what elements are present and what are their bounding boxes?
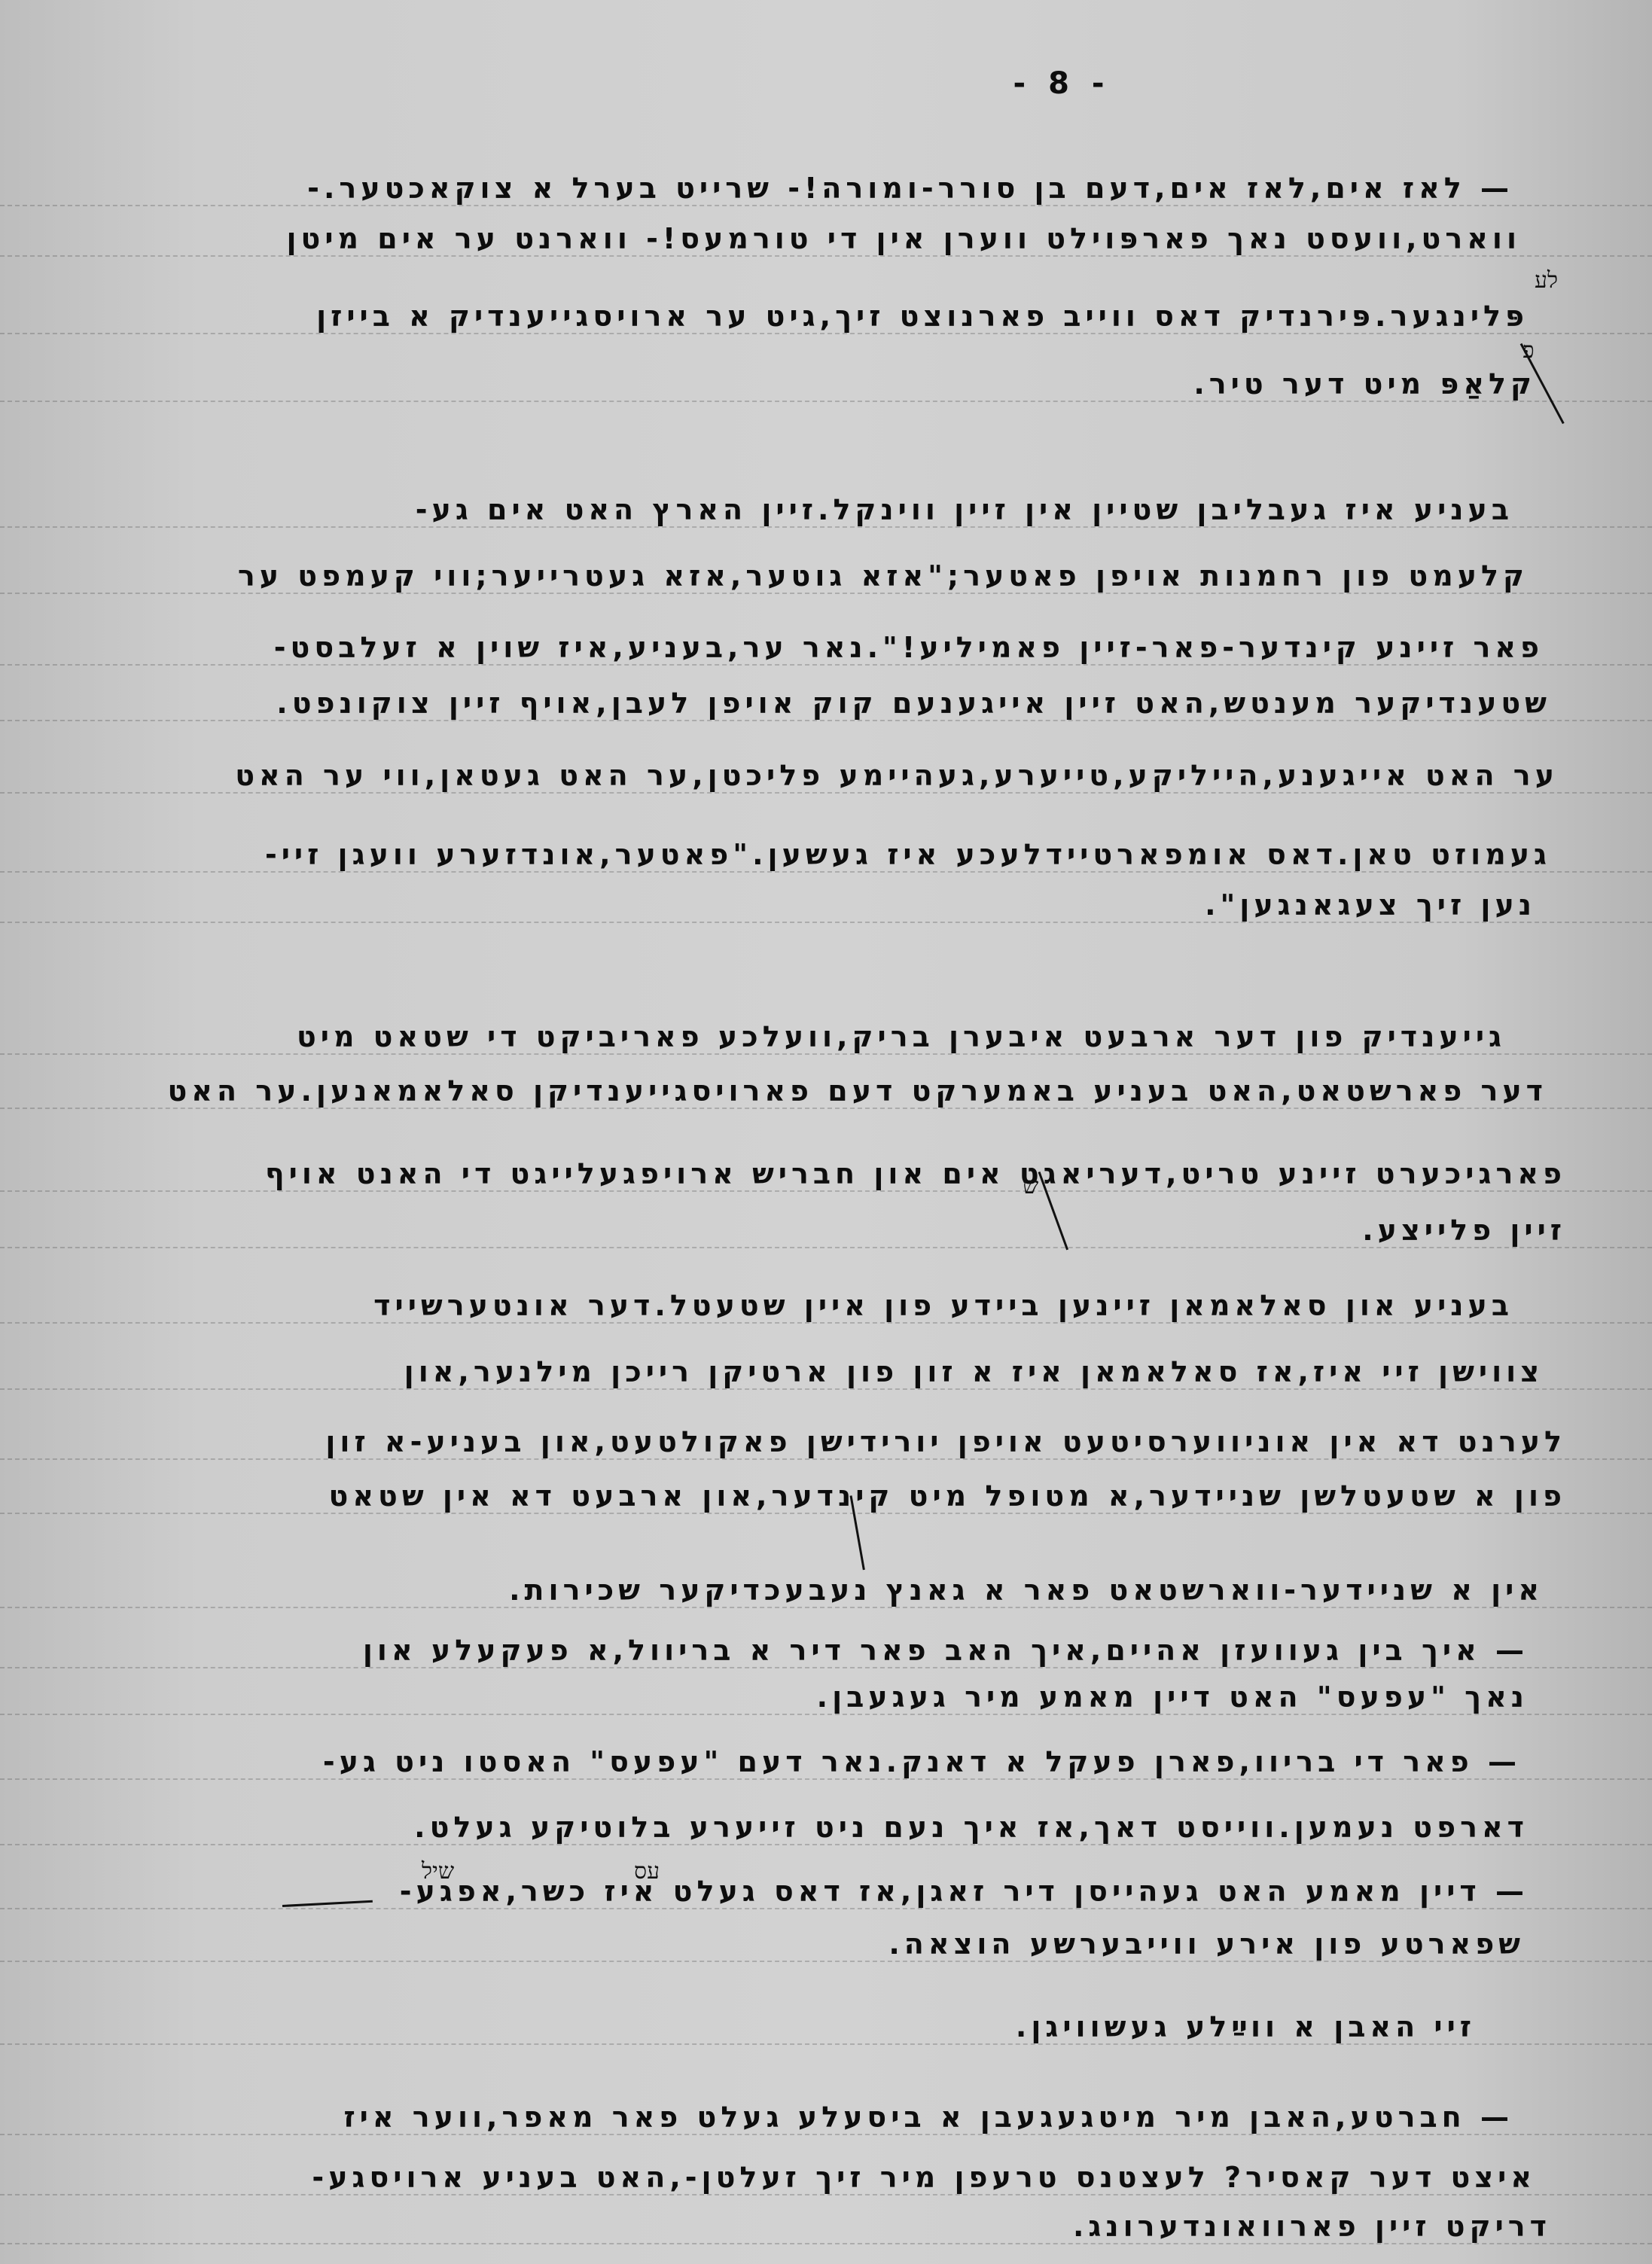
handwritten-correction: שיל (422, 1858, 454, 1885)
text-line: פון א שטעטלשן שניידער,א מטופל מיט קינדער… (329, 1479, 1566, 1513)
text-line: נאך "עפעס" האט דיין מאמע מיר געגעבן. (817, 1680, 1529, 1714)
guide-rule (0, 1247, 1652, 1248)
guide-rule (0, 1322, 1652, 1324)
guide-rule (0, 1714, 1652, 1715)
guide-rule (0, 1388, 1652, 1390)
guide-rule (0, 1961, 1652, 1962)
text-line: דארפט נעמען.ווייסט דאך,אז איך נעם ניט זי… (414, 1811, 1529, 1844)
guide-rule (0, 593, 1652, 594)
text-line: לערנט דא אין אוניווערסיטעט אויפן יורידיש… (325, 1425, 1566, 1458)
handwritten-correction: לע (1535, 267, 1558, 294)
guide-rule (0, 2243, 1652, 2244)
guide-rule (0, 1778, 1652, 1780)
guide-rule (0, 720, 1652, 721)
text-line: אין א שניידער-ווארשטאט פאר א גאנץ נעבעכד… (509, 1574, 1544, 1607)
guide-rule (0, 205, 1652, 206)
guide-rule (0, 333, 1652, 334)
guide-rule (0, 1108, 1652, 1109)
guide-rule (0, 1053, 1652, 1055)
text-line: דער פארשטאט,האט בעניע באמערקט דעם פארויס… (167, 1074, 1547, 1108)
text-line: איצט דער קאסיר? לעצטנס טרעפן מיר זיך זעל… (312, 2161, 1536, 2194)
guide-rule (0, 1844, 1652, 1845)
handwritten-correction: עס (634, 1858, 660, 1885)
text-line: זיין פלייצע. (1362, 1214, 1566, 1247)
text-line: זיי האבן א ווײַלע געשוויגן. (1016, 2010, 1476, 2043)
text-line: קלאַפּ מיט דער טיר. (1193, 367, 1536, 401)
text-line: פּלינגער.פּירנדיק דאס ווייב פארנוצט זיך,… (316, 300, 1529, 333)
text-line: ווארט,וועסט נאך פארפּוילט ווערן אין די ט… (286, 222, 1521, 255)
guide-rule (0, 871, 1652, 873)
guide-rule (0, 526, 1652, 528)
text-line: פאר זיינע קינדער-פאר-זיין פאמיליע!".נאר … (274, 631, 1544, 664)
text-line: פארגיכערט זיינע טריט,דעריאגט אים און חבר… (265, 1157, 1566, 1190)
text-line: — איך בין געוועזן אהיים,איך האב פאר דיר … (363, 1634, 1529, 1667)
text-line: בעניע און סאלאמאן זיינען ביידע פון איין … (373, 1289, 1513, 1322)
text-line: געמוזט טאן.דאס אומפארטיידלעכע איז געשען.… (265, 838, 1551, 871)
text-line: — חברטע,האבן מיר מיטגעגעבן א ביסעלע געלט… (343, 2101, 1513, 2134)
text-line: גייענדיק פון דער ארבעט איבערן בריק,וועלכ… (297, 1020, 1506, 1053)
document-page: - 8 - — לאז אים,לאז אים,דעם בן סורר-ומור… (0, 0, 1652, 2264)
text-line: שפארטע פון אירע ווייבערשע הוצאה. (888, 1927, 1525, 1961)
text-line: בעניע איז געבליבן שטיין אין זיין ווינקל.… (416, 493, 1513, 526)
text-line: ער האט אייגענע,הייליקע,טייערע,געהיימע פל… (235, 759, 1559, 792)
text-line: קלעמט פון רחמנות אויפן פאטער;"אזא גוטער,… (238, 559, 1529, 593)
text-line: שטענדיקער מענטש,האט זיין אייגענעם קוק או… (276, 687, 1551, 720)
guide-rule (0, 792, 1652, 794)
guide-rule (0, 1458, 1652, 1460)
strike-mark (282, 1900, 373, 1907)
guide-rule (0, 1908, 1652, 1909)
guide-rule (0, 2043, 1652, 2045)
text-line: צווישן זיי איז,אז סאלאמאן איז א זון פון … (404, 1355, 1544, 1388)
guide-rule (0, 1190, 1652, 1192)
guide-rule (0, 401, 1652, 402)
page-number: - 8 - (1009, 66, 1114, 101)
text-line: דריקט זיין פארוואונדערונג. (1073, 2210, 1551, 2243)
guide-rule (0, 2194, 1652, 2195)
handwritten-correction: ש (1023, 1173, 1038, 1199)
guide-rule (0, 1607, 1652, 1608)
guide-rule (0, 922, 1652, 923)
guide-rule (0, 664, 1652, 666)
text-line: — לאז אים,לאז אים,דעם בן סורר-ומורה!- שר… (307, 172, 1513, 205)
text-line: — פאר די בריוו,פארן פעקל א דאנק.נאר דעם … (323, 1745, 1521, 1778)
text-line: — דיין מאמע האט געהייסן דיר זאגן,אז דאס … (400, 1875, 1529, 1908)
guide-rule (0, 1667, 1652, 1668)
guide-rule (0, 255, 1652, 257)
text-line: נען זיך צעגאנגען". (1205, 888, 1536, 922)
guide-rule (0, 2134, 1652, 2135)
guide-rule (0, 1513, 1652, 1514)
